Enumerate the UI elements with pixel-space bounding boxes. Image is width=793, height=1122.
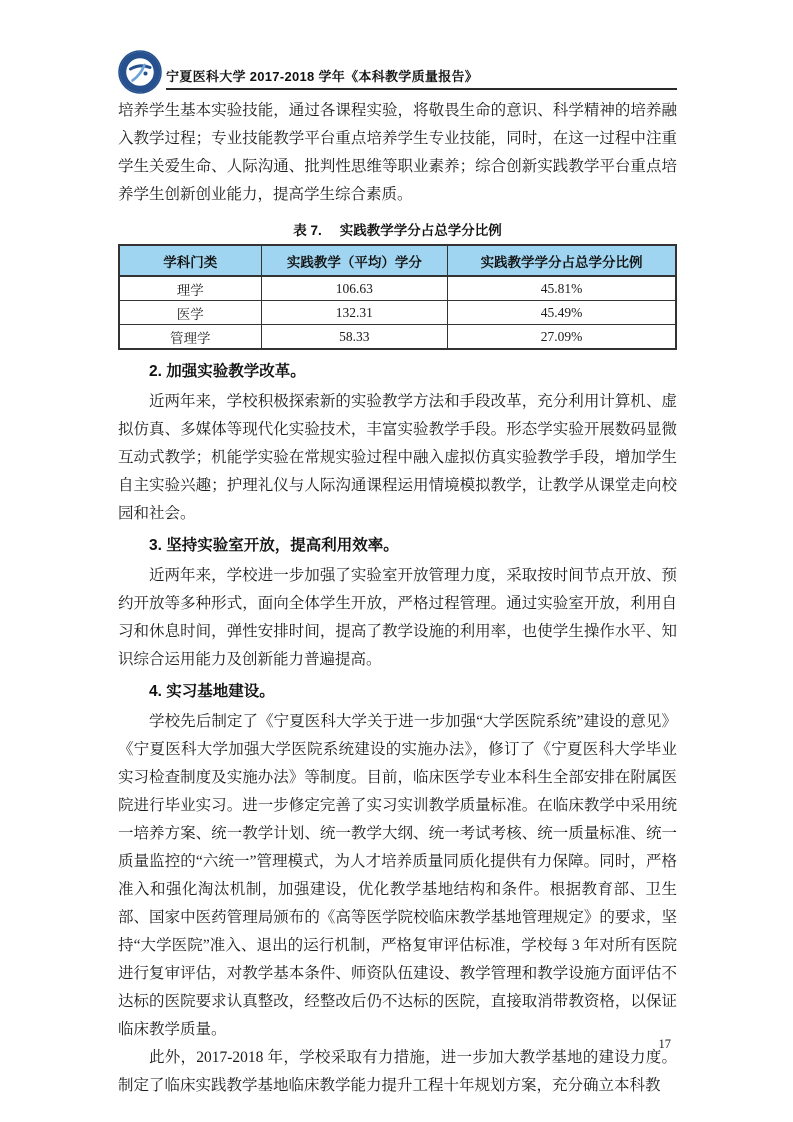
table-caption-text: 实践教学学分占总学分比例 — [340, 223, 502, 238]
section-2-paragraph: 近两年来，学校积极探索新的实验教学方法和手段改革，充分利用计算机、虚拟仿真、多媒… — [118, 388, 677, 528]
table-caption: 表 7.实践教学学分占总学分比例 — [118, 219, 677, 239]
table-row: 管理学 58.33 27.09% — [119, 325, 676, 350]
practice-credit-table: 学科门类 实践教学（平均）学分 实践教学学分占总学分比例 理学 106.63 4… — [118, 244, 677, 350]
header-rule: 宁夏医科大学 2017-2018 学年《本科教学质量报告》 — [166, 66, 677, 90]
table-row: 医学 132.31 45.49% — [119, 301, 676, 325]
col-header-ratio: 实践教学学分占总学分比例 — [448, 245, 676, 276]
intro-paragraph: 培养学生基本实验技能，通过各课程实验，将敬畏生命的意识、科学精神的培养融入教学过… — [118, 97, 677, 209]
table-header-row: 学科门类 实践教学（平均）学分 实践教学学分占总学分比例 — [119, 245, 676, 276]
university-logo-icon — [118, 50, 162, 94]
document-header: 宁夏医科大学 2017-2018 学年《本科教学质量报告》 — [118, 50, 677, 90]
cell-ratio: 45.81% — [448, 276, 676, 301]
section-4-paragraph-2: 此外，2017-2018 年，学校采取有力措施，进一步加大教学基地的建设力度。制… — [118, 1044, 677, 1100]
document-page: 宁夏医科大学 2017-2018 学年《本科教学质量报告》 培养学生基本实验技能… — [0, 0, 793, 1122]
col-header-avg-credits: 实践教学（平均）学分 — [261, 245, 448, 276]
cell-discipline: 医学 — [119, 301, 261, 325]
col-header-discipline: 学科门类 — [119, 245, 261, 276]
cell-avg-credits: 132.31 — [261, 301, 448, 325]
cell-ratio: 45.49% — [448, 301, 676, 325]
section-heading-4: 4. 实习基地建设。 — [118, 680, 677, 704]
cell-ratio: 27.09% — [448, 325, 676, 350]
section-3-paragraph: 近两年来，学校进一步加强了实验室开放管理力度，采取按时间节点开放、预约开放等多种… — [118, 562, 677, 674]
cell-avg-credits: 58.33 — [261, 325, 448, 350]
cell-discipline: 管理学 — [119, 325, 261, 350]
cell-avg-credits: 106.63 — [261, 276, 448, 301]
section-heading-2: 2. 加强实验教学改革。 — [118, 360, 677, 384]
page-number: 17 — [659, 1037, 672, 1052]
table-caption-label: 表 7. — [293, 223, 322, 238]
table-row: 理学 106.63 45.81% — [119, 276, 676, 301]
report-title: 宁夏医科大学 2017-2018 学年《本科教学质量报告》 — [166, 69, 478, 84]
cell-discipline: 理学 — [119, 276, 261, 301]
section-4-paragraph: 学校先后制定了《宁夏医科大学关于进一步加强“大学医院系统”建设的意见》《宁夏医科… — [118, 708, 677, 1044]
section-heading-3: 3. 坚持实验室开放，提高利用效率。 — [118, 534, 677, 558]
